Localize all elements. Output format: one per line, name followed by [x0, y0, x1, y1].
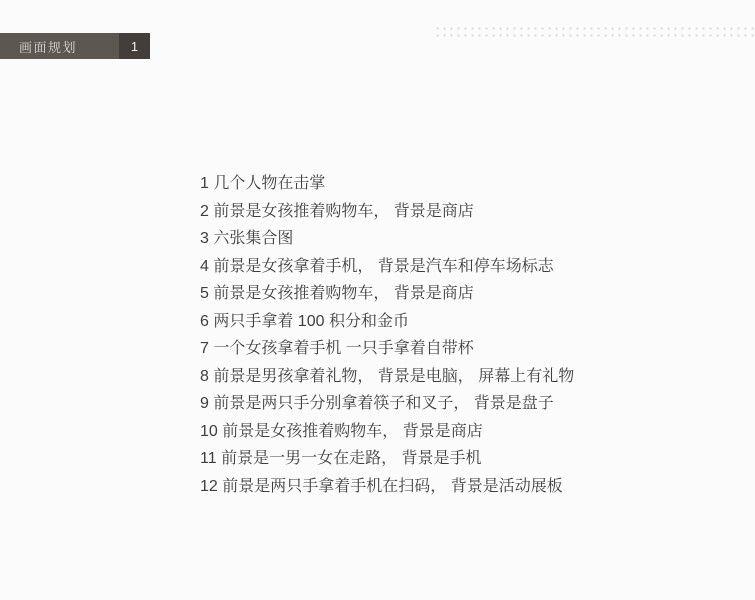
- list-item: 5 前景是女孩推着购物车， 背景是商店: [200, 280, 574, 308]
- list-item: 4 前景是女孩拿着手机， 背景是汽车和停车场标志: [200, 253, 574, 281]
- list-item: 2 前景是女孩推着购物车， 背景是商店: [200, 198, 574, 226]
- scene-text: 几个人物在击掌: [213, 175, 325, 192]
- list-item: 11 前景是一男一女在走路， 背景是手机: [200, 445, 574, 473]
- scene-text: 前景是女孩推着购物车， 背景是商店: [222, 423, 482, 440]
- list-item: 8 前景是男孩拿着礼物， 背景是电脑， 屏幕上有礼物: [200, 363, 574, 391]
- scene-text: 六张集合图: [213, 230, 293, 247]
- section-number-badge: 1: [119, 33, 150, 59]
- list-item: 12 前景是两只手拿着手机在扫码， 背景是活动展板: [200, 473, 574, 501]
- scene-text: 两只手拿着 100 积分和金币: [213, 313, 409, 330]
- scene-number: 7: [200, 340, 209, 357]
- list-item: 1 几个人物在击掌: [200, 170, 574, 198]
- list-item: 9 前景是两只手分别拿着筷子和叉子， 背景是盘子: [200, 390, 574, 418]
- scene-text: 前景是女孩推着购物车， 背景是商店: [213, 285, 473, 302]
- scene-text: 前景是女孩拿着手机， 背景是汽车和停车场标志: [213, 258, 553, 275]
- scene-number: 6: [200, 313, 209, 330]
- scene-number: 1: [200, 175, 209, 192]
- section-title: 画面规划: [19, 37, 77, 56]
- section-header: 画面规划 1: [0, 33, 150, 59]
- list-item: 3 六张集合图: [200, 225, 574, 253]
- scene-number: 11: [200, 450, 217, 467]
- scene-text: 前景是两只手分别拿着筷子和叉子， 背景是盘子: [213, 395, 553, 412]
- list-item: 10 前景是女孩推着购物车， 背景是商店: [200, 418, 574, 446]
- scene-number: 3: [200, 230, 209, 247]
- scene-number: 4: [200, 258, 209, 275]
- dot-grid-decoration: [434, 25, 755, 39]
- scene-text: 前景是一男一女在走路， 背景是手机: [221, 450, 481, 467]
- scene-number: 12: [200, 478, 218, 495]
- scene-text: 一个女孩拿着手机 一只手拿着自带杯: [213, 340, 473, 357]
- scene-text: 前景是男孩拿着礼物， 背景是电脑， 屏幕上有礼物: [213, 368, 574, 385]
- scene-number: 9: [200, 395, 209, 412]
- scene-list: 1 几个人物在击掌2 前景是女孩推着购物车， 背景是商店3 六张集合图4 前景是…: [200, 170, 574, 500]
- scene-number: 2: [200, 203, 209, 220]
- list-item: 7 一个女孩拿着手机 一只手拿着自带杯: [200, 335, 574, 363]
- slide-canvas: 画面规划 1 1 几个人物在击掌2 前景是女孩推着购物车， 背景是商店3 六张集…: [0, 0, 755, 600]
- scene-number: 8: [200, 368, 209, 385]
- list-item: 6 两只手拿着 100 积分和金币: [200, 308, 574, 336]
- scene-number: 10: [200, 423, 218, 440]
- scene-number: 5: [200, 285, 209, 302]
- section-title-box: 画面规划: [0, 33, 119, 59]
- section-number: 1: [131, 39, 138, 54]
- scene-text: 前景是两只手拿着手机在扫码， 背景是活动展板: [222, 478, 562, 495]
- scene-text: 前景是女孩推着购物车， 背景是商店: [213, 203, 473, 220]
